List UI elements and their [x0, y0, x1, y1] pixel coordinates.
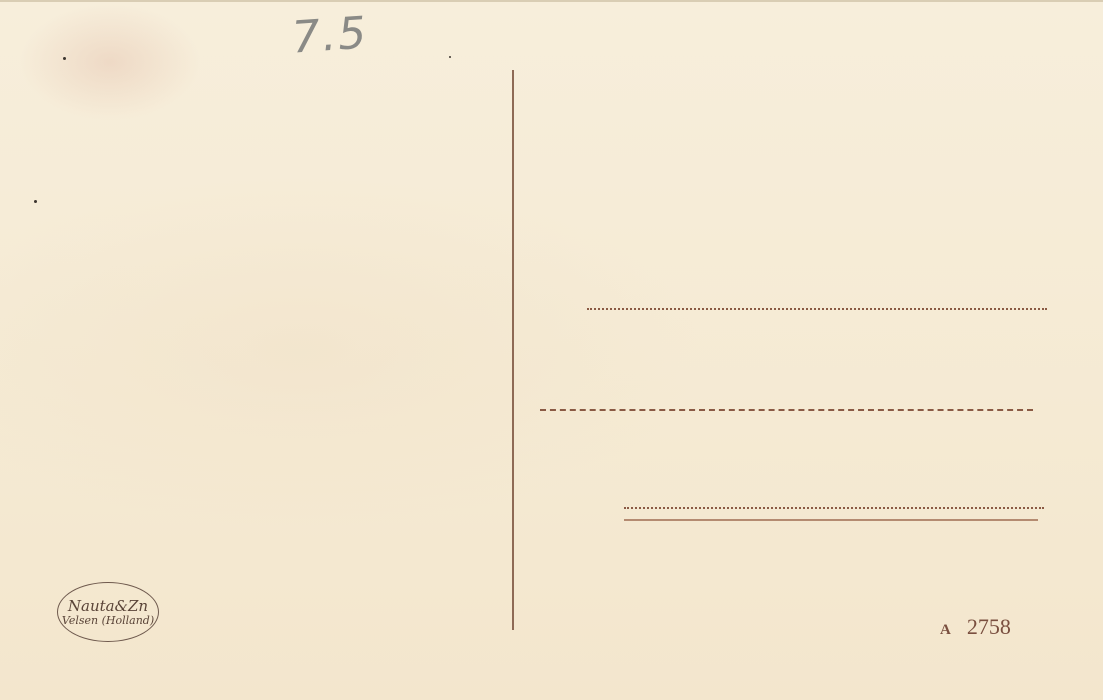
- address-line-2: [540, 409, 1033, 411]
- address-line-1: [587, 308, 1047, 310]
- paper-speck: [34, 200, 37, 203]
- paper-speck: [449, 56, 451, 58]
- address-line-4: [624, 519, 1038, 521]
- serial-number: 2758: [967, 614, 1011, 639]
- publisher-location: Velsen (Holland): [62, 614, 154, 627]
- publisher-name: Nauta&Zn: [68, 598, 148, 614]
- serial-prefix: A: [940, 622, 951, 638]
- message-address-divider: [512, 70, 514, 630]
- pencil-price-note: 7.5: [290, 7, 369, 63]
- card-serial-number: A2758: [940, 614, 1011, 640]
- publisher-stamp: Nauta&Zn Velsen (Holland): [57, 582, 159, 642]
- address-line-3: [624, 507, 1044, 509]
- paper-speck: [63, 57, 66, 60]
- postcard-back: 7.5 Nauta&Zn Velsen (Holland) A2758: [0, 0, 1103, 700]
